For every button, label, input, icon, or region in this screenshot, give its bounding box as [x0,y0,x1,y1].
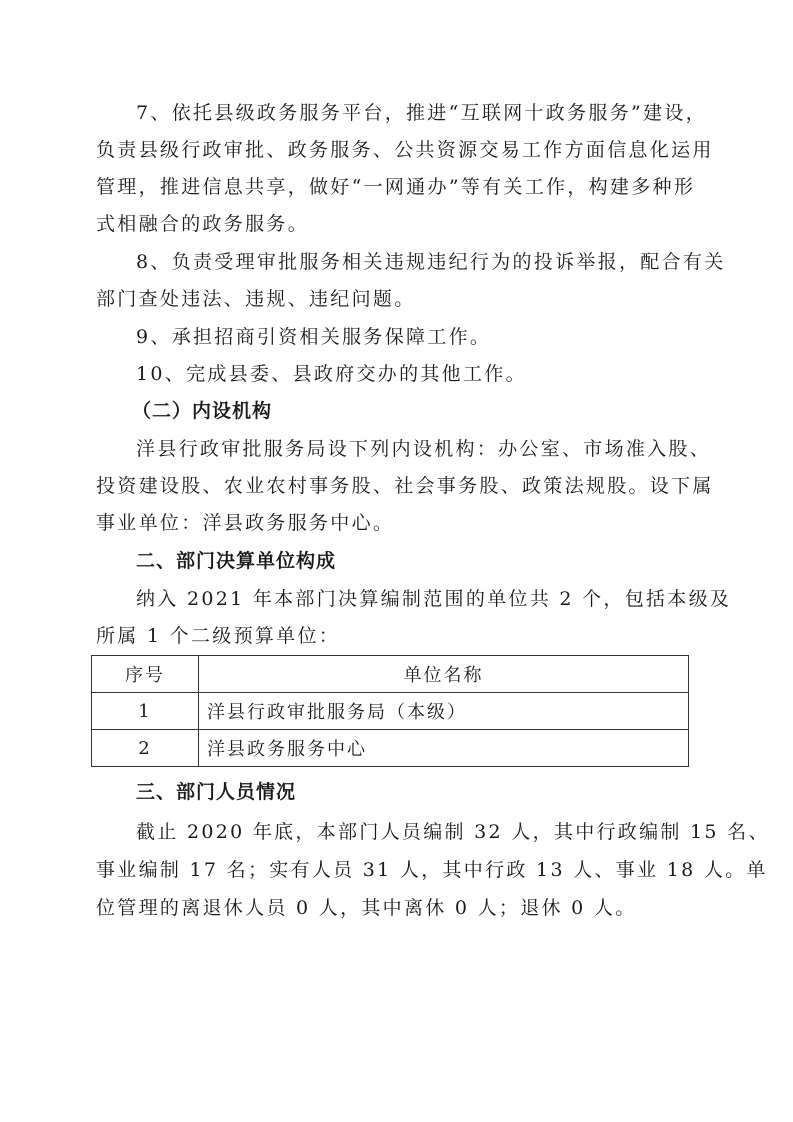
table-row: 1 洋县行政审批服务局（本级） [92,693,689,730]
column-header-index: 序号 [92,656,199,693]
unit-composition-line-2: 所属 1 个二级预算单位： [96,624,696,648]
budget-units-table: 序号 单位名称 1 洋县行政审批服务局（本级） 2 洋县政务服务中心 [91,655,689,767]
table-row: 2 洋县政务服务中心 [92,730,689,767]
row-unit-name: 洋县政务服务中心 [199,730,689,767]
document-page: 7、依托县级政务服务平台，推进“互联网十政务服务”建设， 负责县级行政审批、政务… [0,0,793,1122]
paragraph-item-7-line-4: 式相融合的政务服务。 [96,212,696,236]
internal-bodies-line-2: 投资建设股、农业农村事务股、社会事务股、政策法规股。设下属 [96,474,696,498]
internal-bodies-line-3: 事业单位：洋县政务服务中心。 [96,511,696,535]
section-heading-staffing: 三、部门人员情况 [136,780,736,804]
section-heading-unit-composition: 二、部门决算单位构成 [136,549,736,573]
staffing-line-2: 事业编制 17 名；实有人员 31 人，其中行政 13 人、事业 18 人。单 [96,858,696,882]
staffing-line-3: 位管理的离退休人员 0 人，其中离休 0 人；退休 0 人。 [96,896,696,920]
row-index: 2 [92,730,199,767]
paragraph-item-9: 9、承担招商引资相关服务保障工作。 [136,325,736,349]
table-header-row: 序号 单位名称 [92,656,689,693]
paragraph-item-8-line-2: 部门查处违法、违规、违纪问题。 [96,287,696,311]
row-unit-name: 洋县行政审批服务局（本级） [199,693,689,730]
unit-composition-line-1: 纳入 2021 年本部门决算编制范围的单位共 2 个，包括本级及 [136,587,736,611]
column-header-unit-name: 单位名称 [199,656,689,693]
paragraph-item-7-line-2: 负责县级行政审批、政务服务、公共资源交易工作方面信息化运用 [96,138,696,162]
paragraph-item-8-line-1: 8、负责受理审批服务相关违规违纪行为的投诉举报，配合有关 [136,250,736,274]
staffing-line-1: 截止 2020 年底，本部门人员编制 32 人，其中行政编制 15 名、 [136,820,736,844]
internal-bodies-line-1: 洋县行政审批服务局设下列内设机构：办公室、市场准入股、 [136,437,736,461]
subsection-heading-internal-bodies: （二）内设机构 [132,399,732,423]
paragraph-item-10: 10、完成县委、县政府交办的其他工作。 [136,362,736,386]
paragraph-item-7-line-3: 管理，推进信息共享，做好“一网通办”等有关工作，构建多种形 [96,175,696,199]
row-index: 1 [92,693,199,730]
paragraph-item-7-line-1: 7、依托县级政务服务平台，推进“互联网十政务服务”建设， [136,101,736,125]
